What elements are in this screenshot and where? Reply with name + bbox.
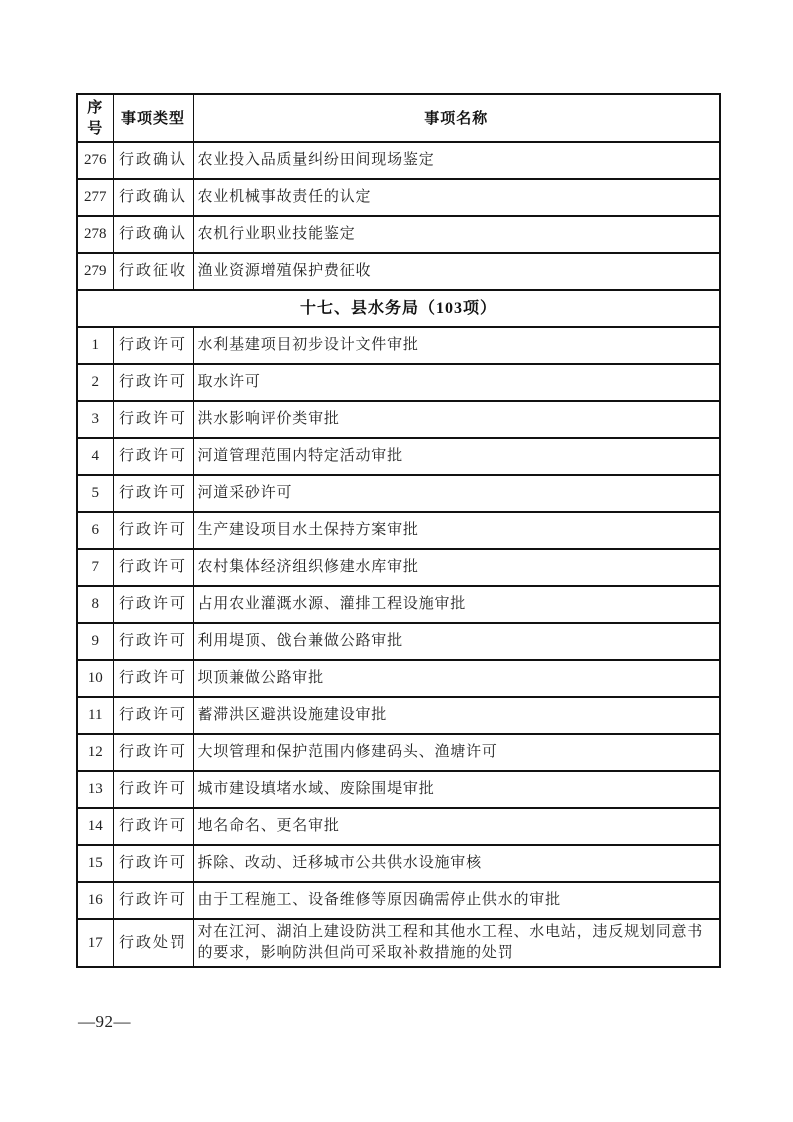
- table-cell-type: 行政许可: [113, 771, 193, 808]
- table-row: 11行政许可蓄滞洪区避洪设施建设审批: [77, 697, 720, 734]
- table-cell-type: 行政确认: [113, 179, 193, 216]
- table-cell-name: 洪水影响评价类审批: [193, 401, 720, 438]
- table-cell-no: 11: [77, 697, 113, 734]
- table-cell-no: 9: [77, 623, 113, 660]
- table-cell-name: 河道管理范围内特定活动审批: [193, 438, 720, 475]
- table-cell-no: 277: [77, 179, 113, 216]
- table-cell-name: 河道采砂许可: [193, 475, 720, 512]
- table-cell-no: 16: [77, 882, 113, 919]
- table-row: 12行政许可大坝管理和保护范围内修建码头、渔塘许可: [77, 734, 720, 771]
- table-cell-no: 4: [77, 438, 113, 475]
- table-cell-name: 对在江河、湖泊上建设防洪工程和其他水工程、水电站，违反规划同意书的要求，影响防洪…: [193, 919, 720, 967]
- table-row: 10行政许可坝顶兼做公路审批: [77, 660, 720, 697]
- table-cell-name: 农机行业职业技能鉴定: [193, 216, 720, 253]
- table-row: 2行政许可取水许可: [77, 364, 720, 401]
- table-row: 6行政许可生产建设项目水土保持方案审批: [77, 512, 720, 549]
- table-row: 8行政许可占用农业灌溉水源、灌排工程设施审批: [77, 586, 720, 623]
- column-header-name: 事项名称: [193, 94, 720, 142]
- table-cell-name: 农业机械事故责任的认定: [193, 179, 720, 216]
- table-cell-type: 行政许可: [113, 364, 193, 401]
- table-row: 16行政许可由于工程施工、设备维修等原因确需停止供水的审批: [77, 882, 720, 919]
- table-row: 1行政许可水利基建项目初步设计文件审批: [77, 327, 720, 364]
- table-row: 7行政许可农村集体经济组织修建水库审批: [77, 549, 720, 586]
- table-row: 277行政确认农业机械事故责任的认定: [77, 179, 720, 216]
- table-cell-name: 地名命名、更名审批: [193, 808, 720, 845]
- table-cell-no: 5: [77, 475, 113, 512]
- table-cell-name: 农业投入品质量纠纷田间现场鉴定: [193, 142, 720, 179]
- table-cell-type: 行政处罚: [113, 919, 193, 967]
- table-cell-no: 279: [77, 253, 113, 290]
- table-row: 276行政确认农业投入品质量纠纷田间现场鉴定: [77, 142, 720, 179]
- section-header-title: 十七、县水务局（103项）: [77, 290, 720, 327]
- table-cell-no: 12: [77, 734, 113, 771]
- table-row: 278行政确认农机行业职业技能鉴定: [77, 216, 720, 253]
- table-cell-type: 行政许可: [113, 845, 193, 882]
- table-cell-no: 8: [77, 586, 113, 623]
- table-cell-type: 行政许可: [113, 401, 193, 438]
- table-cell-no: 14: [77, 808, 113, 845]
- table-cell-name: 占用农业灌溉水源、灌排工程设施审批: [193, 586, 720, 623]
- table-cell-type: 行政许可: [113, 549, 193, 586]
- table-cell-name: 取水许可: [193, 364, 720, 401]
- table-row: 3行政许可洪水影响评价类审批: [77, 401, 720, 438]
- table-row: 13行政许可城市建设填堵水域、废除围堤审批: [77, 771, 720, 808]
- table-cell-name: 大坝管理和保护范围内修建码头、渔塘许可: [193, 734, 720, 771]
- section-header-row: 十七、县水务局（103项）: [77, 290, 720, 327]
- table-cell-type: 行政许可: [113, 327, 193, 364]
- table-header-row: 序号 事项类型 事项名称: [77, 94, 720, 142]
- table-cell-no: 276: [77, 142, 113, 179]
- column-header-type: 事项类型: [113, 94, 193, 142]
- table-cell-type: 行政许可: [113, 586, 193, 623]
- table-cell-name: 蓄滞洪区避洪设施建设审批: [193, 697, 720, 734]
- table-cell-type: 行政许可: [113, 882, 193, 919]
- page-number: —92—: [78, 1012, 131, 1032]
- table-cell-type: 行政许可: [113, 734, 193, 771]
- table-cell-type: 行政许可: [113, 438, 193, 475]
- table-cell-name: 生产建设项目水土保持方案审批: [193, 512, 720, 549]
- table-cell-type: 行政确认: [113, 142, 193, 179]
- table-cell-type: 行政确认: [113, 216, 193, 253]
- table-row: 9行政许可利用堤顶、戗台兼做公路审批: [77, 623, 720, 660]
- items-table: 序号 事项类型 事项名称 276行政确认农业投入品质量纠纷田间现场鉴定277行政…: [76, 93, 721, 968]
- table-cell-name: 由于工程施工、设备维修等原因确需停止供水的审批: [193, 882, 720, 919]
- table-cell-type: 行政许可: [113, 808, 193, 845]
- table-cell-no: 2: [77, 364, 113, 401]
- table-cell-no: 7: [77, 549, 113, 586]
- table-cell-name: 利用堤顶、戗台兼做公路审批: [193, 623, 720, 660]
- table-cell-type: 行政许可: [113, 623, 193, 660]
- table-cell-no: 1: [77, 327, 113, 364]
- table-cell-no: 13: [77, 771, 113, 808]
- table-cell-type: 行政许可: [113, 697, 193, 734]
- table-row: 15行政许可拆除、改动、迁移城市公共供水设施审核: [77, 845, 720, 882]
- table-cell-type: 行政许可: [113, 512, 193, 549]
- table-row: 5行政许可河道采砂许可: [77, 475, 720, 512]
- table-cell-type: 行政许可: [113, 660, 193, 697]
- table-cell-no: 10: [77, 660, 113, 697]
- table-cell-name: 农村集体经济组织修建水库审批: [193, 549, 720, 586]
- table-cell-no: 15: [77, 845, 113, 882]
- table-cell-name: 城市建设填堵水域、废除围堤审批: [193, 771, 720, 808]
- table-cell-no: 17: [77, 919, 113, 967]
- table-cell-name: 渔业资源增殖保护费征收: [193, 253, 720, 290]
- table-cell-no: 278: [77, 216, 113, 253]
- document-page: 序号 事项类型 事项名称 276行政确认农业投入品质量纠纷田间现场鉴定277行政…: [0, 0, 793, 1122]
- table-cell-type: 行政征收: [113, 253, 193, 290]
- table-cell-no: 6: [77, 512, 113, 549]
- table-cell-name: 坝顶兼做公路审批: [193, 660, 720, 697]
- table-row: 279行政征收渔业资源增殖保护费征收: [77, 253, 720, 290]
- table-cell-name: 水利基建项目初步设计文件审批: [193, 327, 720, 364]
- table-row: 14行政许可地名命名、更名审批: [77, 808, 720, 845]
- table-cell-no: 3: [77, 401, 113, 438]
- table-cell-type: 行政许可: [113, 475, 193, 512]
- table-row: 4行政许可河道管理范围内特定活动审批: [77, 438, 720, 475]
- column-header-no: 序号: [77, 94, 113, 142]
- table-cell-name: 拆除、改动、迁移城市公共供水设施审核: [193, 845, 720, 882]
- table-row: 17行政处罚对在江河、湖泊上建设防洪工程和其他水工程、水电站，违反规划同意书的要…: [77, 919, 720, 967]
